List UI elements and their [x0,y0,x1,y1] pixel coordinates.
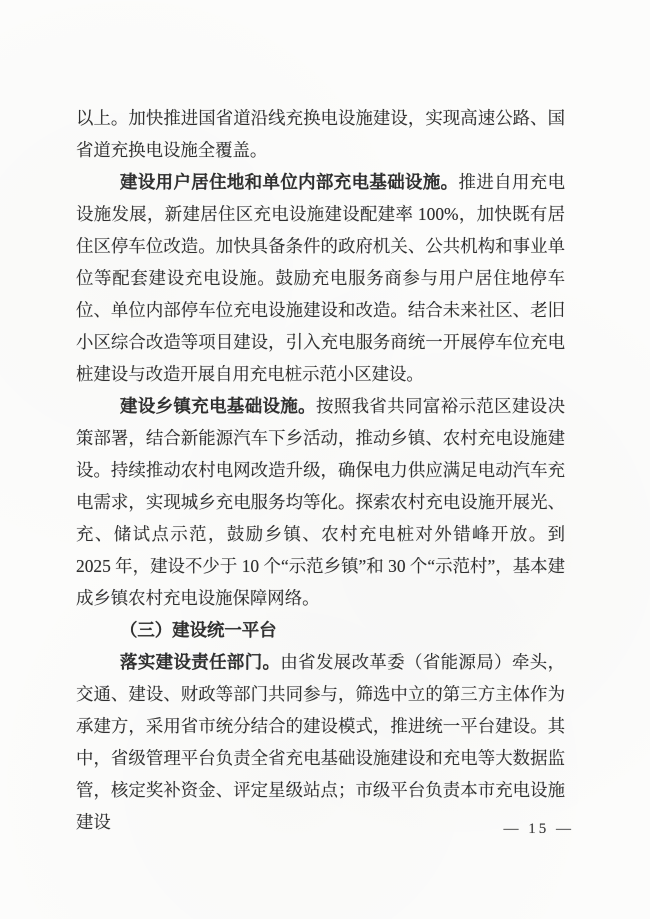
page-footer: — 15 — [504,820,575,838]
paragraph-body-platform: 由省发展改革委（省能源局）牵头，交通、建设、财政等部门共同参与，筛选中立的第三方… [76,652,565,832]
paragraph-user-premises-charging: 建设用户居住地和单位内部充电基础设施。推进自用充电设施发展，新建居住区充电设施建… [76,166,565,390]
page-number: — 15 — [504,821,575,837]
paragraph-lead-user-premises: 建设用户居住地和单位内部充电基础设施。 [120,172,459,192]
paragraph-continuation: 以上。加快推进国省道沿线充换电设施建设，实现高速公路、国省道充换电设施全覆盖。 [76,102,565,166]
paragraph-body-user-premises: 推进自用充电设施发展，新建居住区充电设施建设配建率 100%，加快既有居住区停车… [76,172,565,384]
paragraph-township-charging: 建设乡镇充电基础设施。按照我省共同富裕示范区建设决策部署，结合新能源汽车下乡活动… [76,390,565,614]
section-heading: （三）建设统一平台 [76,614,565,646]
paragraph-lead-platform: 落实建设责任部门。 [120,652,280,672]
document-page: 以上。加快推进国省道沿线充换电设施建设，实现高速公路、国省道充换电设施全覆盖。 … [0,0,650,919]
paragraph-body-township: 按照我省共同富裕示范区建设决策部署，结合新能源汽车下乡活动，推动乡镇、农村充电设… [76,396,565,608]
paragraph-unified-platform: 落实建设责任部门。由省发展改革委（省能源局）牵头，交通、建设、财政等部门共同参与… [76,646,565,838]
page-body: 以上。加快推进国省道沿线充换电设施建设，实现高速公路、国省道充换电设施全覆盖。 … [76,102,565,838]
paragraph-lead-township: 建设乡镇充电基础设施。 [120,396,316,416]
